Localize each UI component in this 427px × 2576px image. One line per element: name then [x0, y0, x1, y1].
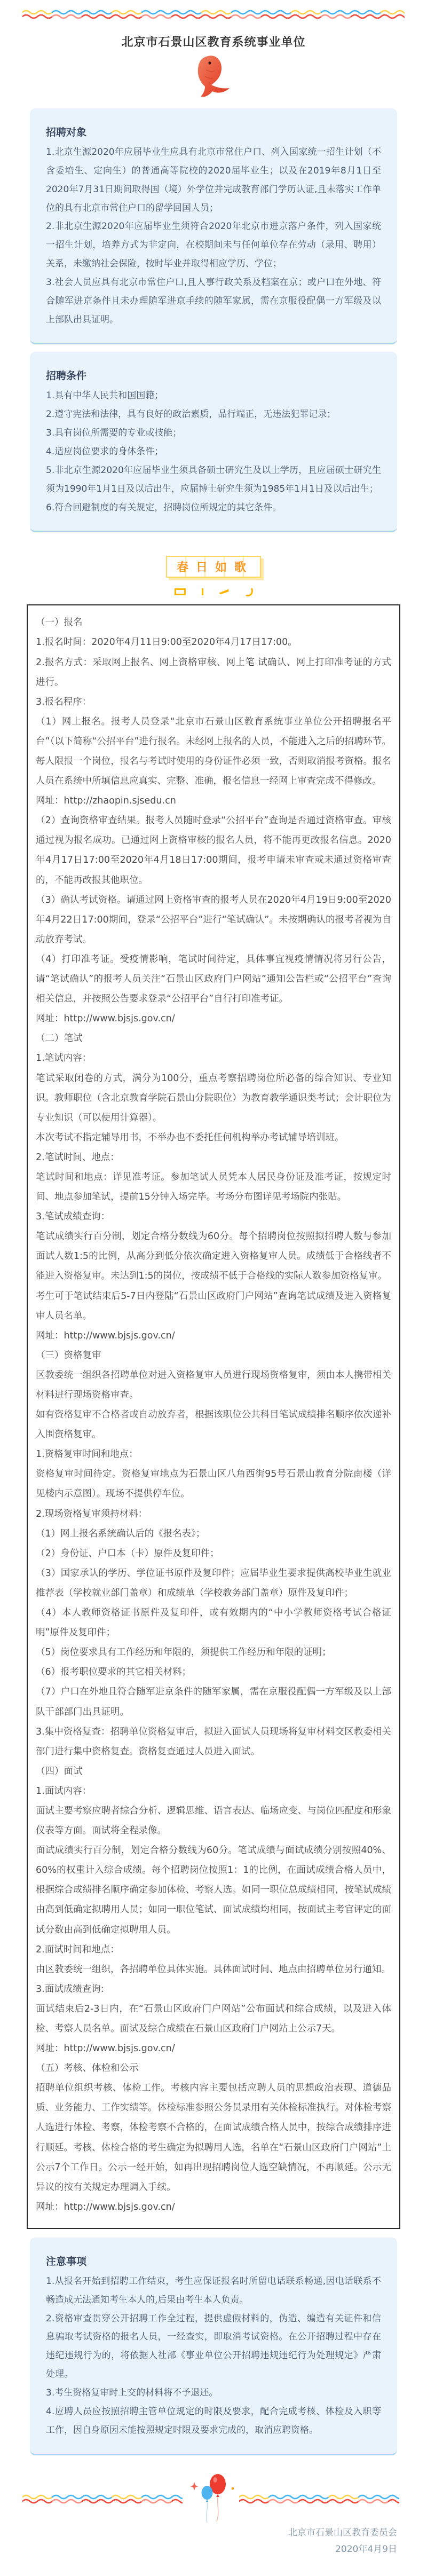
spring-badge-wrap: 春日如歌	[0, 556, 427, 578]
koi-fish-illustration	[0, 54, 427, 101]
paragraph: 4.应聘人员应按照招聘主管单位规定的时限及要求，配合完成考核、体检及入职等工作，…	[46, 2402, 381, 2440]
paragraph: 3.面试成绩查询:	[36, 1980, 391, 1999]
notes-body: 1.从报名开始到招聘工作结束，考生应保证报名时所留电话联系畅通,因电话联系不畅造…	[46, 2272, 381, 2440]
recruit-conditions-heading: 招聘条件	[46, 368, 381, 382]
paragraph: 面试结束后2-3日内，在“石景山区政府门户网站”公布面试和综合成绩，以及进入体检…	[36, 1999, 391, 2039]
paragraph: 区教委统一组织各招聘单位对进入资格复审人员进行现场资格复审，须由本人携带相关材料…	[36, 1366, 391, 1405]
decor-bar-icon	[202, 588, 203, 595]
notes-heading: 注意事项	[46, 2254, 381, 2268]
top-wave-divider	[22, 9, 405, 20]
decor-comma-icon	[245, 587, 253, 596]
balloon-icon	[188, 2470, 239, 2524]
paragraph: 网址：http://www.bjsjs.gov.cn/	[36, 1326, 391, 1346]
paragraph: 本次考试不指定辅导用书，不举办也不委托任何机构举办考试辅导培训班。	[36, 1128, 391, 1148]
paragraph: 1.报名时间：2020年4月11日9:00至2020年4月17日17:00。	[36, 633, 391, 652]
paragraph: （二）笔试	[36, 1029, 391, 1049]
paragraph: 1.北京生源2020年应届毕业生应具有北京市常住户口、列入国家统一招生计划（不含…	[46, 143, 381, 217]
decor-fragments	[0, 587, 427, 596]
koi-fish-icon	[185, 54, 242, 101]
paragraph: 3.考生资格复审时上交的材料将不予退还。	[46, 2384, 381, 2402]
paragraph: 笔试时间和地点：详见准考证。参加笔试人员凭本人居民身份证及准考证，按规定时间、地…	[36, 1168, 391, 1207]
bottom-wave-right	[239, 2493, 405, 2505]
paragraph: 1.笔试内容：	[36, 1049, 391, 1068]
paragraph: 网址：http://zhaopin.sjsedu.cn	[36, 791, 391, 811]
paragraph: 网址：http://www.bjsjs.gov.cn/	[36, 2039, 391, 2059]
recruit-targets-body: 1.北京生源2020年应届毕业生应具有北京市常住户口、列入国家统一招生计划（不含…	[46, 143, 381, 329]
signature-date: 2020年4月9日	[0, 2541, 397, 2558]
paragraph: 1.面试内容：	[36, 1782, 391, 1801]
section-recruit-targets: 招聘对象 1.北京生源2020年应届毕业生应具有北京市常住户口、列入国家统一招生…	[30, 108, 397, 344]
paragraph: 2.笔试时间、地点：	[36, 1148, 391, 1168]
paragraph: （7）户口在外地且符合随军进京条件的随军家属，需在京服役配偶一方军级及以上部队干…	[36, 1682, 391, 1722]
paragraph: 面试主要考察应聘者综合分析、逻辑思维、语言表达、临场应变、与岗位匹配度和形象仪表…	[36, 1801, 391, 1841]
bottom-wave-left	[22, 2493, 188, 2505]
paragraph: （1）网上报名。报考人员登录“北京市石景山区教育系统事业单位公开招聘报名平台”（…	[36, 712, 391, 791]
paragraph: （1）网上报名系统确认后的《报名表》；	[36, 1524, 391, 1544]
paragraph: 招聘单位组织考核、体检工作。考核内容主要包括应聘人员的思想政治表现、道德品质、业…	[36, 2078, 391, 2197]
paragraph: （四）面试	[36, 1762, 391, 1782]
article-page: 北京市石景山区教育系统事业单位 招聘对象 1.北京生源2020年应届毕业生应具有…	[0, 0, 427, 2576]
spring-badge: 春日如歌	[166, 556, 261, 578]
paragraph: （2）查询资格审查结果。报考人员随时登录“公招平台”查询是否通过资格审查。审核通…	[36, 811, 391, 890]
recruit-targets-heading: 招聘对象	[46, 124, 381, 139]
paragraph: （4）打印准考证。受疫情影响，笔试时间待定，具体事宜视疫情情况将另行公告，请“笔…	[36, 950, 391, 1009]
paragraph: （三）资格复审	[36, 1346, 391, 1366]
bottom-wave-divider	[22, 2473, 405, 2525]
signature-block: 北京市石景山区教育委员会 2020年4月9日	[0, 2525, 397, 2558]
paragraph: 3.具有岗位所需要的专业或技能；	[46, 424, 381, 443]
paragraph: 1.资格复审时间和地点：	[36, 1445, 391, 1464]
paragraph: 2.资格审查贯穿公开招聘工作全过程，提供虚假材料的，伪造、编造有关证件和信息骗取…	[46, 2310, 381, 2384]
paragraph: 4.适应岗位要求的身体条件；	[46, 443, 381, 461]
paragraph: 3.集中资格复查：招聘单位资格复审后，拟进入面试人员现场将复审材料交区教委相关部…	[36, 1722, 391, 1762]
decor-flag-icon	[219, 589, 229, 594]
balloons-illustration	[188, 2470, 239, 2526]
paragraph: 面试成绩实行百分制，划定合格分数线为60分。笔试成绩与面试成绩分别按照40%、6…	[36, 1841, 391, 1940]
paragraph: （5）岗位要求具有工作经历和年限的，须提供工作经历和年限的证明；	[36, 1643, 391, 1663]
paragraph: （6）报考职位要求的其它相关材料；	[36, 1663, 391, 1682]
paragraph: 5.非北京生源2020年应届毕业生须具备硕士研究生及以上学历，且应届硕士研究生须…	[46, 461, 381, 499]
section-procedure: （一）报名1.报名时间：2020年4月11日9:00至2020年4月17日17:…	[27, 604, 400, 2229]
paragraph: 2.遵守宪法和法律，具有良好的政治素质，品行端正，无违法犯罪记录；	[46, 405, 381, 424]
paragraph: 3.报名程序：	[36, 692, 391, 712]
paragraph: 2.面试时间和地点：	[36, 1940, 391, 1960]
paragraph: （五）考核、体检和公示	[36, 2059, 391, 2078]
paragraph: 3.社会人员应具有北京市常住户口,且人事行政关系及档案在京；或户口在外地、符合随…	[46, 273, 381, 329]
paragraph: （3）确认考试资格。请通过网上资格审查的报考人员在2020年4月19日9:00至…	[36, 891, 391, 950]
paragraph: 2.现场资格复审须持材料：	[36, 1504, 391, 1524]
section-notes: 注意事项 1.从报名开始到招聘工作结束，考生应保证报名时所留电话联系畅通,因电话…	[30, 2238, 397, 2455]
page-title: 北京市石景山区教育系统事业单位	[0, 33, 427, 50]
paragraph: （3）国家承认的学历、学位证书原件及复印件；应届毕业生要求提供高校毕业生就业推荐…	[36, 1564, 391, 1603]
signature-org: 北京市石景山区教育委员会	[0, 2525, 397, 2541]
paragraph: 资格复审时间待定。资格复审地点为石景山区八角西街95号石景山教育分院南楼（详见楼…	[36, 1464, 391, 1504]
recruit-conditions-body: 1.具有中华人民共和国国籍；2.遵守宪法和法律，具有良好的政治素质，品行端正，无…	[46, 387, 381, 517]
paragraph: 2.非北京生源2020年应届毕业生须符合2020年北京市进京落户条件，列入国家统…	[46, 217, 381, 273]
paragraph: 笔试成绩实行百分制，划定合格分数线为60分。每个招聘岗位按照拟招聘人数与参加面试…	[36, 1227, 391, 1286]
section-recruit-conditions: 招聘条件 1.具有中华人民共和国国籍；2.遵守宪法和法律，具有良好的政治素质，品…	[30, 352, 397, 532]
paragraph: 考生可于笔试结束后5-7日内登陆“石景山区政府门户网站”查询笔试成绩及进入资格复…	[36, 1287, 391, 1326]
paragraph: （4）本人教师资格证书原件及复印件，或有效期内的“中小学教师资格考试合格证明”原…	[36, 1603, 391, 1643]
paragraph: 由区教委统一组织，各招聘单位具体实施。具体面试时间、地点由招聘单位另行通知。	[36, 1960, 391, 1980]
paragraph: 网址：http://www.bjsjs.gov.cn/	[36, 2197, 391, 2217]
paragraph: 如有资格复审不合格者或自动放弃者，根据该职位公共科目笔试成绩排名顺序依次递补入围…	[36, 1405, 391, 1445]
paragraph: 网址：http://www.bjsjs.gov.cn/	[36, 1009, 391, 1029]
paragraph: 6.符合回避制度的有关规定，招聘岗位所规定的其它条件。	[46, 499, 381, 517]
spring-badge-label: 春日如歌	[173, 561, 254, 574]
paragraph: 1.从报名开始到招聘工作结束，考生应保证报名时所留电话联系畅通,因电话联系不畅造…	[46, 2272, 381, 2310]
paragraph: （2）身份证、户口本（卡）原件及复印件；	[36, 1544, 391, 1564]
paragraph: 3.笔试成绩查询：	[36, 1207, 391, 1227]
decor-rect-icon	[175, 588, 186, 595]
paragraph: 笔试采取闭卷的方式，满分为100分，重点考察招聘岗位所必备的综合知识、专业知识。…	[36, 1069, 391, 1128]
paragraph: 1.具有中华人民共和国国籍；	[46, 387, 381, 405]
paragraph: 2.报名方式：采取网上报名、网上资格审核、网上笔 试确认、网上打印准考证的方式进…	[36, 653, 391, 692]
paragraph: （一）报名	[36, 613, 391, 633]
procedure-body: （一）报名1.报名时间：2020年4月11日9:00至2020年4月17日17:…	[36, 613, 391, 2217]
